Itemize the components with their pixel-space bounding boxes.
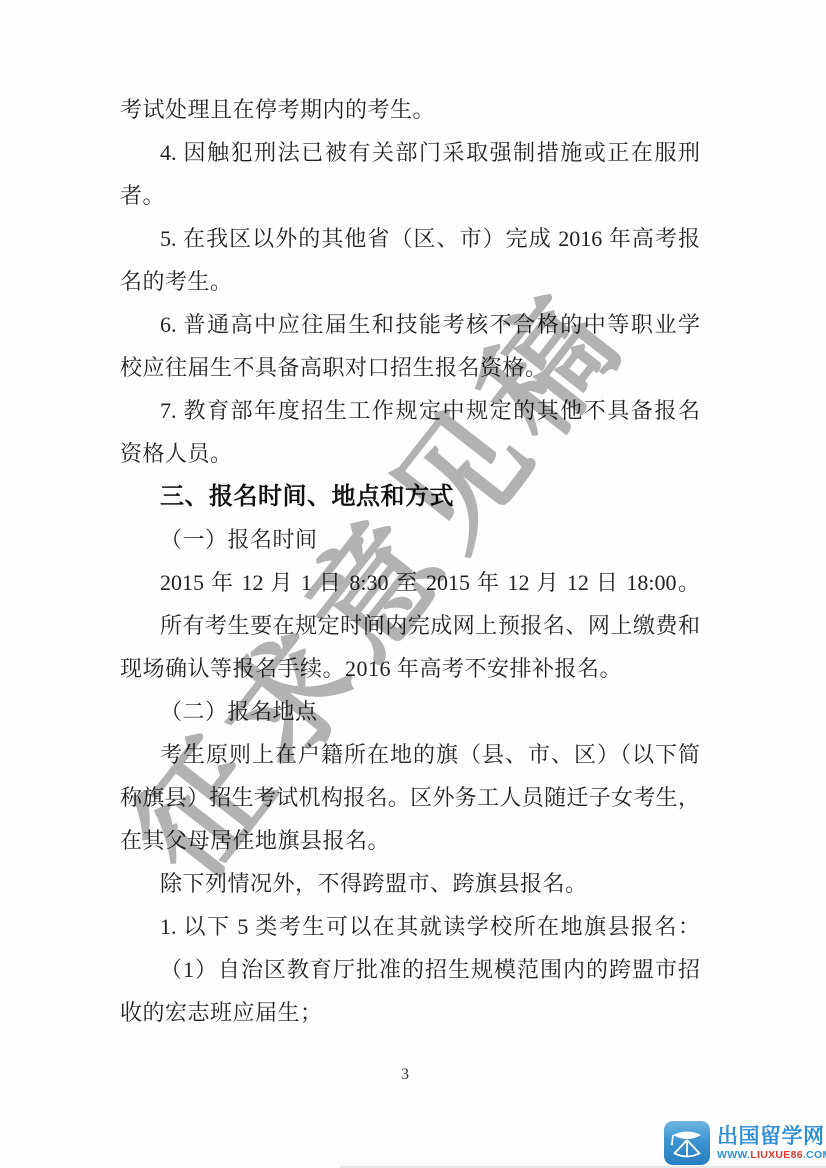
site-url: WWW.LIUXUE86.COM [717,1150,826,1161]
text-line: 考生原则上在户籍所在地的旗（县、市、区）（以下简 [120,733,700,776]
text-line: 1. 以下 5 类考生可以在其就读学校所在地旗县报名： [120,905,700,948]
text-line: 在其父母居住地旗县报名。 [120,819,700,862]
text-line: 除下列情况外，不得跨盟市、跨旗县报名。 [120,862,700,905]
graduation-cap-icon [664,1121,710,1165]
text-line: 所有考生要在规定时间内完成网上预报名、网上缴费和 [120,604,700,647]
section-heading: 三、报名时间、地点和方式 [120,475,700,518]
text-line: 4. 因触犯刑法已被有关部门采取强制措施或正在服刑 [120,131,700,174]
text-line: 名的考生。 [120,260,700,303]
text-line: 5. 在我区以外的其他省（区、市）完成 2016 年高考报 [120,217,700,260]
text-line: 6. 普通高中应往届生和技能考核不合格的中等职业学 [120,303,700,346]
text-line: 者。 [120,174,700,217]
site-url-www: WWW. [717,1149,750,1161]
page-number: 3 [0,1066,810,1084]
text-line: 2015 年 12 月 1 日 8:30 至 2015 年 12 月 12 日 … [120,561,700,604]
scanned-document-page: 考试处理且在停考期内的考生。 4. 因触犯刑法已被有关部门采取强制措施或正在服刑… [0,0,826,1168]
site-logo-text: 出国留学网 WWW.LIUXUE86.COM [717,1126,826,1161]
text-line: 校应往届生不具备高职对口招生报名资格。 [120,346,700,389]
text-line: （二）报名地点 [120,690,700,733]
text-line: 7. 教育部年度招生工作规定中规定的其他不具备报名 [120,389,700,432]
text-line: 现场确认等报名手续。2016 年高考不安排补报名。 [120,647,700,690]
site-url-domain: LIUXUE86 [750,1149,803,1161]
text-line: 收的宏志班应届生； [120,991,700,1034]
text-line: 称旗县）招生考试机构报名。区外务工人员随迁子女考生， [120,776,700,819]
site-logo: 出国留学网 WWW.LIUXUE86.COM [664,1121,826,1165]
site-name: 出国留学网 [717,1126,826,1147]
document-body: 考试处理且在停考期内的考生。 4. 因触犯刑法已被有关部门采取强制措施或正在服刑… [120,88,700,1034]
text-line: （1）自治区教育厅批准的招生规模范围内的跨盟市招 [120,948,700,991]
text-line: （一）报名时间 [120,518,700,561]
text-line: 资格人员。 [120,432,700,475]
site-url-tld: .COM [803,1149,826,1161]
text-line: 考试处理且在停考期内的考生。 [120,88,700,131]
